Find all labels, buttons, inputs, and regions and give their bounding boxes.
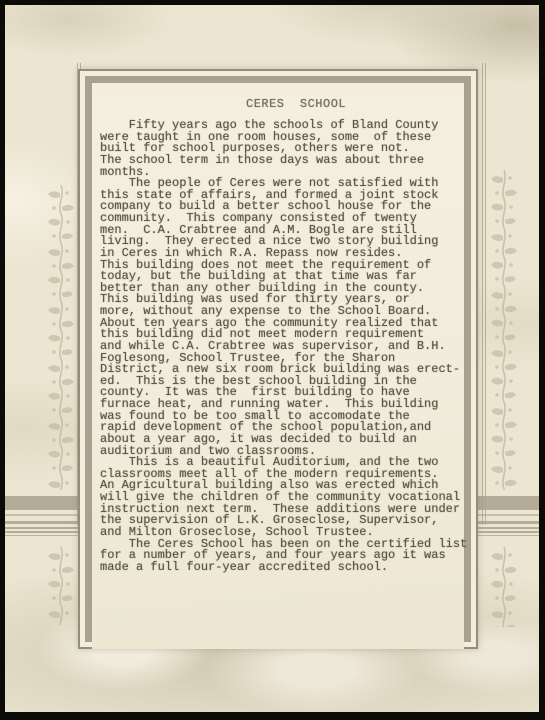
- paper-frame: CERES SCHOOL Fifty years ago the schools…: [78, 69, 478, 649]
- vine-border-left-top: [45, 185, 77, 490]
- scanned-document: CERES SCHOOL Fifty years ago the schools…: [0, 0, 545, 720]
- paper-frame-band: CERES SCHOOL Fifty years ago the schools…: [85, 76, 471, 642]
- printed-border-line-right-outer: [485, 63, 486, 525]
- scrapbook-background: CERES SCHOOL Fifty years ago the schools…: [5, 5, 539, 712]
- typed-line: The school term in those days was about …: [100, 155, 464, 167]
- vine-border-right-bottom: [488, 547, 520, 627]
- vine-border-left-bottom: [45, 547, 77, 625]
- printed-border-line-right-inner: [482, 63, 483, 525]
- vine-border-right-top: [488, 170, 520, 490]
- page-title: CERES SCHOOL: [246, 97, 464, 111]
- typed-line: made a full four-year accredited school.: [100, 562, 464, 574]
- typed-text: Fifty years ago the schools of Bland Cou…: [100, 120, 464, 573]
- typed-paper: CERES SCHOOL Fifty years ago the schools…: [92, 97, 464, 649]
